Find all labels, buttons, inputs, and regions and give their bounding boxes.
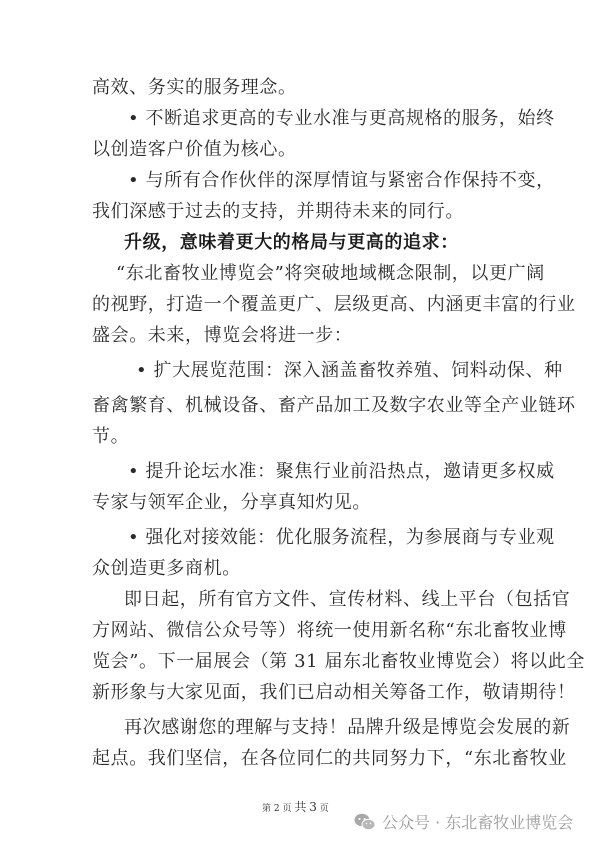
page-number: 第 2 页 共 3 页: [262, 798, 329, 815]
text-line: 再次感谢您的理解与支持！品牌升级是博览会发展的新: [124, 712, 570, 743]
text-line: 新形象与大家见面，我们已启动相关筹备工作，敬请期待！: [92, 677, 576, 708]
text-line: 专家与领军企业，分享真知灼见。: [92, 487, 371, 518]
page-current: 2: [274, 804, 280, 814]
text-line: 盛会。未来，博览会将进一步：: [92, 320, 352, 351]
page-mid: 页: [283, 804, 292, 814]
page-suffix: 页: [320, 804, 329, 814]
bullet-line: • 扩大展览范围：深入涵盖畜牧养殖、饲料动保、种: [136, 355, 563, 386]
text-line: 即日起，所有官方文件、宣传材料、线上平台（包括官: [124, 584, 570, 615]
page-total-label: 共: [294, 800, 306, 814]
text-line: 高效、务实的服务理念。: [92, 72, 297, 103]
page-prefix: 第: [262, 804, 271, 814]
text-line: 以创造客户价值为核心。: [92, 134, 297, 165]
text-line: 我们深感于过去的支持，并期待未来的同行。: [92, 196, 464, 227]
text-line: 节。: [92, 421, 129, 452]
text-line: 起点。我们坚信，在各位同仁的共同努力下，“东北畜牧业: [92, 743, 567, 774]
text-line: “东北畜牧业博览会”将突破地域概念限制，以更广阔: [116, 258, 545, 289]
wechat-icon: [354, 813, 376, 831]
bullet-line: • 与所有合作伙伴的深厚情谊与紧密合作保持不变，: [128, 165, 555, 196]
bullet-line: • 不断追求更高的专业水准与更高规格的服务，始终: [128, 103, 555, 134]
text-line: 畜禽繁育、机械设备、畜产品加工及数字农业等全产业链环: [92, 390, 576, 421]
section-heading: 升级，意味着更大的格局与更高的追求：: [124, 227, 459, 258]
bullet-line: • 强化对接效能：优化服务流程，为参展商与专业观: [128, 522, 555, 553]
page-total: 3: [309, 800, 317, 814]
text-line: 的视野，打造一个覆盖更广、层级更高、内涵更丰富的行业: [92, 289, 576, 320]
text-line: 览会”。下一届展会（第 31 届东北畜牧业博览会）将以此全: [92, 646, 585, 677]
bullet-line: • 提升论坛水准：聚焦行业前沿热点，邀请更多权威: [128, 456, 555, 487]
text-line: 众创造更多商机。: [92, 553, 241, 584]
text-line: 方网站、微信公众号等）将统一使用新名称“东北畜牧业博: [92, 615, 567, 646]
wechat-watermark: 公众号 · 东北畜牧业博览会: [354, 810, 573, 833]
watermark-text: 公众号 · 东北畜牧业博览会: [382, 810, 573, 833]
